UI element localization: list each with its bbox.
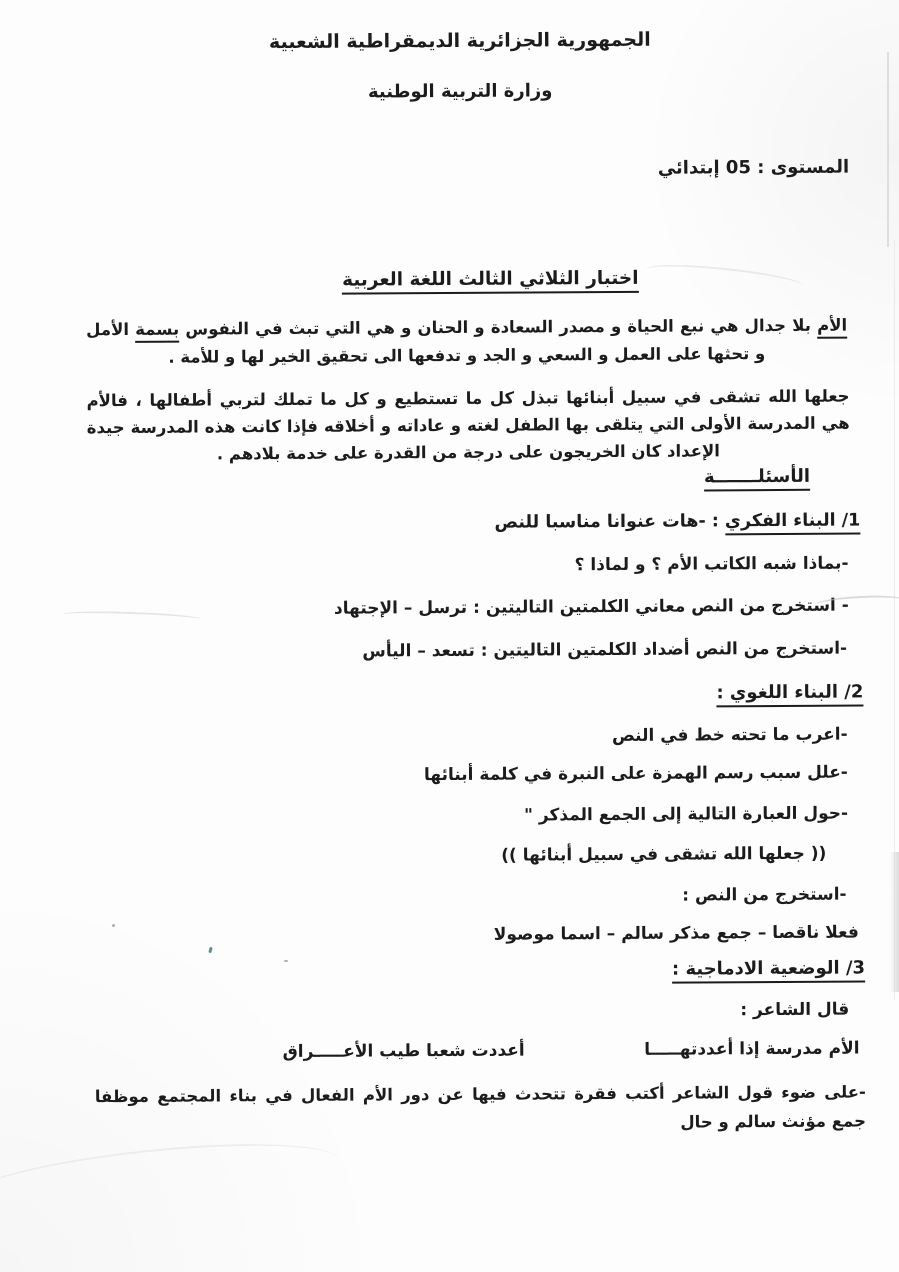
section-1-heading: 1/ البناء الفكري (725, 510, 861, 535)
exam-title-text: اختبار الثلاثي الثالث اللغة العربية (342, 268, 639, 295)
section-1-heading-line: 1/ البناء الفكري : -هات عنوانا مناسبا لل… (494, 510, 860, 532)
question-line: -بماذا شبه الكاتب الأم ؟ و لماذا ؟ (575, 554, 849, 576)
poet-intro-line: قال الشاعر : (740, 1000, 849, 1021)
section-2-heading: 2/ البناء اللغوي : (716, 681, 863, 707)
underlined-word-basma: بسمة (135, 320, 179, 343)
verse-line: الأم مدرسة إذا أعددتهـــــا أعددت شعبا ط… (2, 1038, 899, 1073)
paragraph-1-text-a: بلا جدال هي نبع الحياة و مصدر السعادة و … (179, 316, 817, 339)
scanned-exam-page: الجمهورية الجزائرية الديمقراطية الشعبية … (0, 0, 899, 1272)
question-line: فعلا ناقصا – جمع مذكر سالم – اسما موصولا (494, 923, 859, 945)
section-1-first-question: : -هات عنوانا مناسبا للنص (494, 511, 725, 532)
republic-line: الجمهورية الجزائرية الديمقراطية الشعبية (0, 27, 895, 54)
verse-first-hemistich: الأم مدرسة إذا أعددتهـــــا (644, 1039, 859, 1060)
verse-second-hemistich: أعددت شعبا طيب الأعـــــراق (282, 1041, 524, 1062)
questions-heading: الأسئلـــــــة (704, 466, 810, 488)
underlined-word-alum: الأم (817, 316, 847, 339)
section-3-heading-line: 3/ الوضعية الادماجية : (672, 957, 865, 979)
question-line: -استخرج من النص : (682, 885, 846, 906)
reading-paragraph-1: الأم بلا جدال هي نبع الحياة و مصدر السعا… (86, 312, 847, 373)
task-paragraph: -على ضوء قول الشاعر أكتب فقرة تتحدث فيها… (95, 1077, 866, 1140)
questions-heading-text: الأسئلـــــــة (704, 466, 810, 492)
question-line: -اعرب ما تحته خط في النص (612, 725, 848, 746)
question-line: -استخرج من النص أضداد الكلمتين التاليتين… (362, 639, 847, 662)
quoted-sentence-line: (( جعلها الله تشقى في سبيل أبنائها )) (501, 844, 826, 866)
question-line: -علل سبب رسم الهمزة على النبرة في كلمة أ… (424, 763, 848, 786)
reading-paragraph-2: جعلها الله تشقى في سبيل أبنائها تبذل كل … (86, 383, 849, 469)
exam-title: اختبار الثلاثي الثالث اللغة العربية (0, 266, 897, 292)
question-line: -حول العبارة التالية إلى الجمع المذكر " (524, 804, 848, 826)
page-content: الجمهورية الجزائرية الديمقراطية الشعبية … (0, 0, 899, 1272)
level-line: المستوى : 05 إبتدائي (658, 157, 849, 179)
ministry-line: وزارة التربية الوطنية (0, 78, 896, 104)
question-line: - استخرج من النص معاني الكلمتين التاليتي… (334, 596, 849, 619)
section-3-heading: 3/ الوضعية الادماجية : (672, 957, 865, 983)
section-2-heading-line: 2/ البناء اللغوي : (716, 681, 863, 703)
